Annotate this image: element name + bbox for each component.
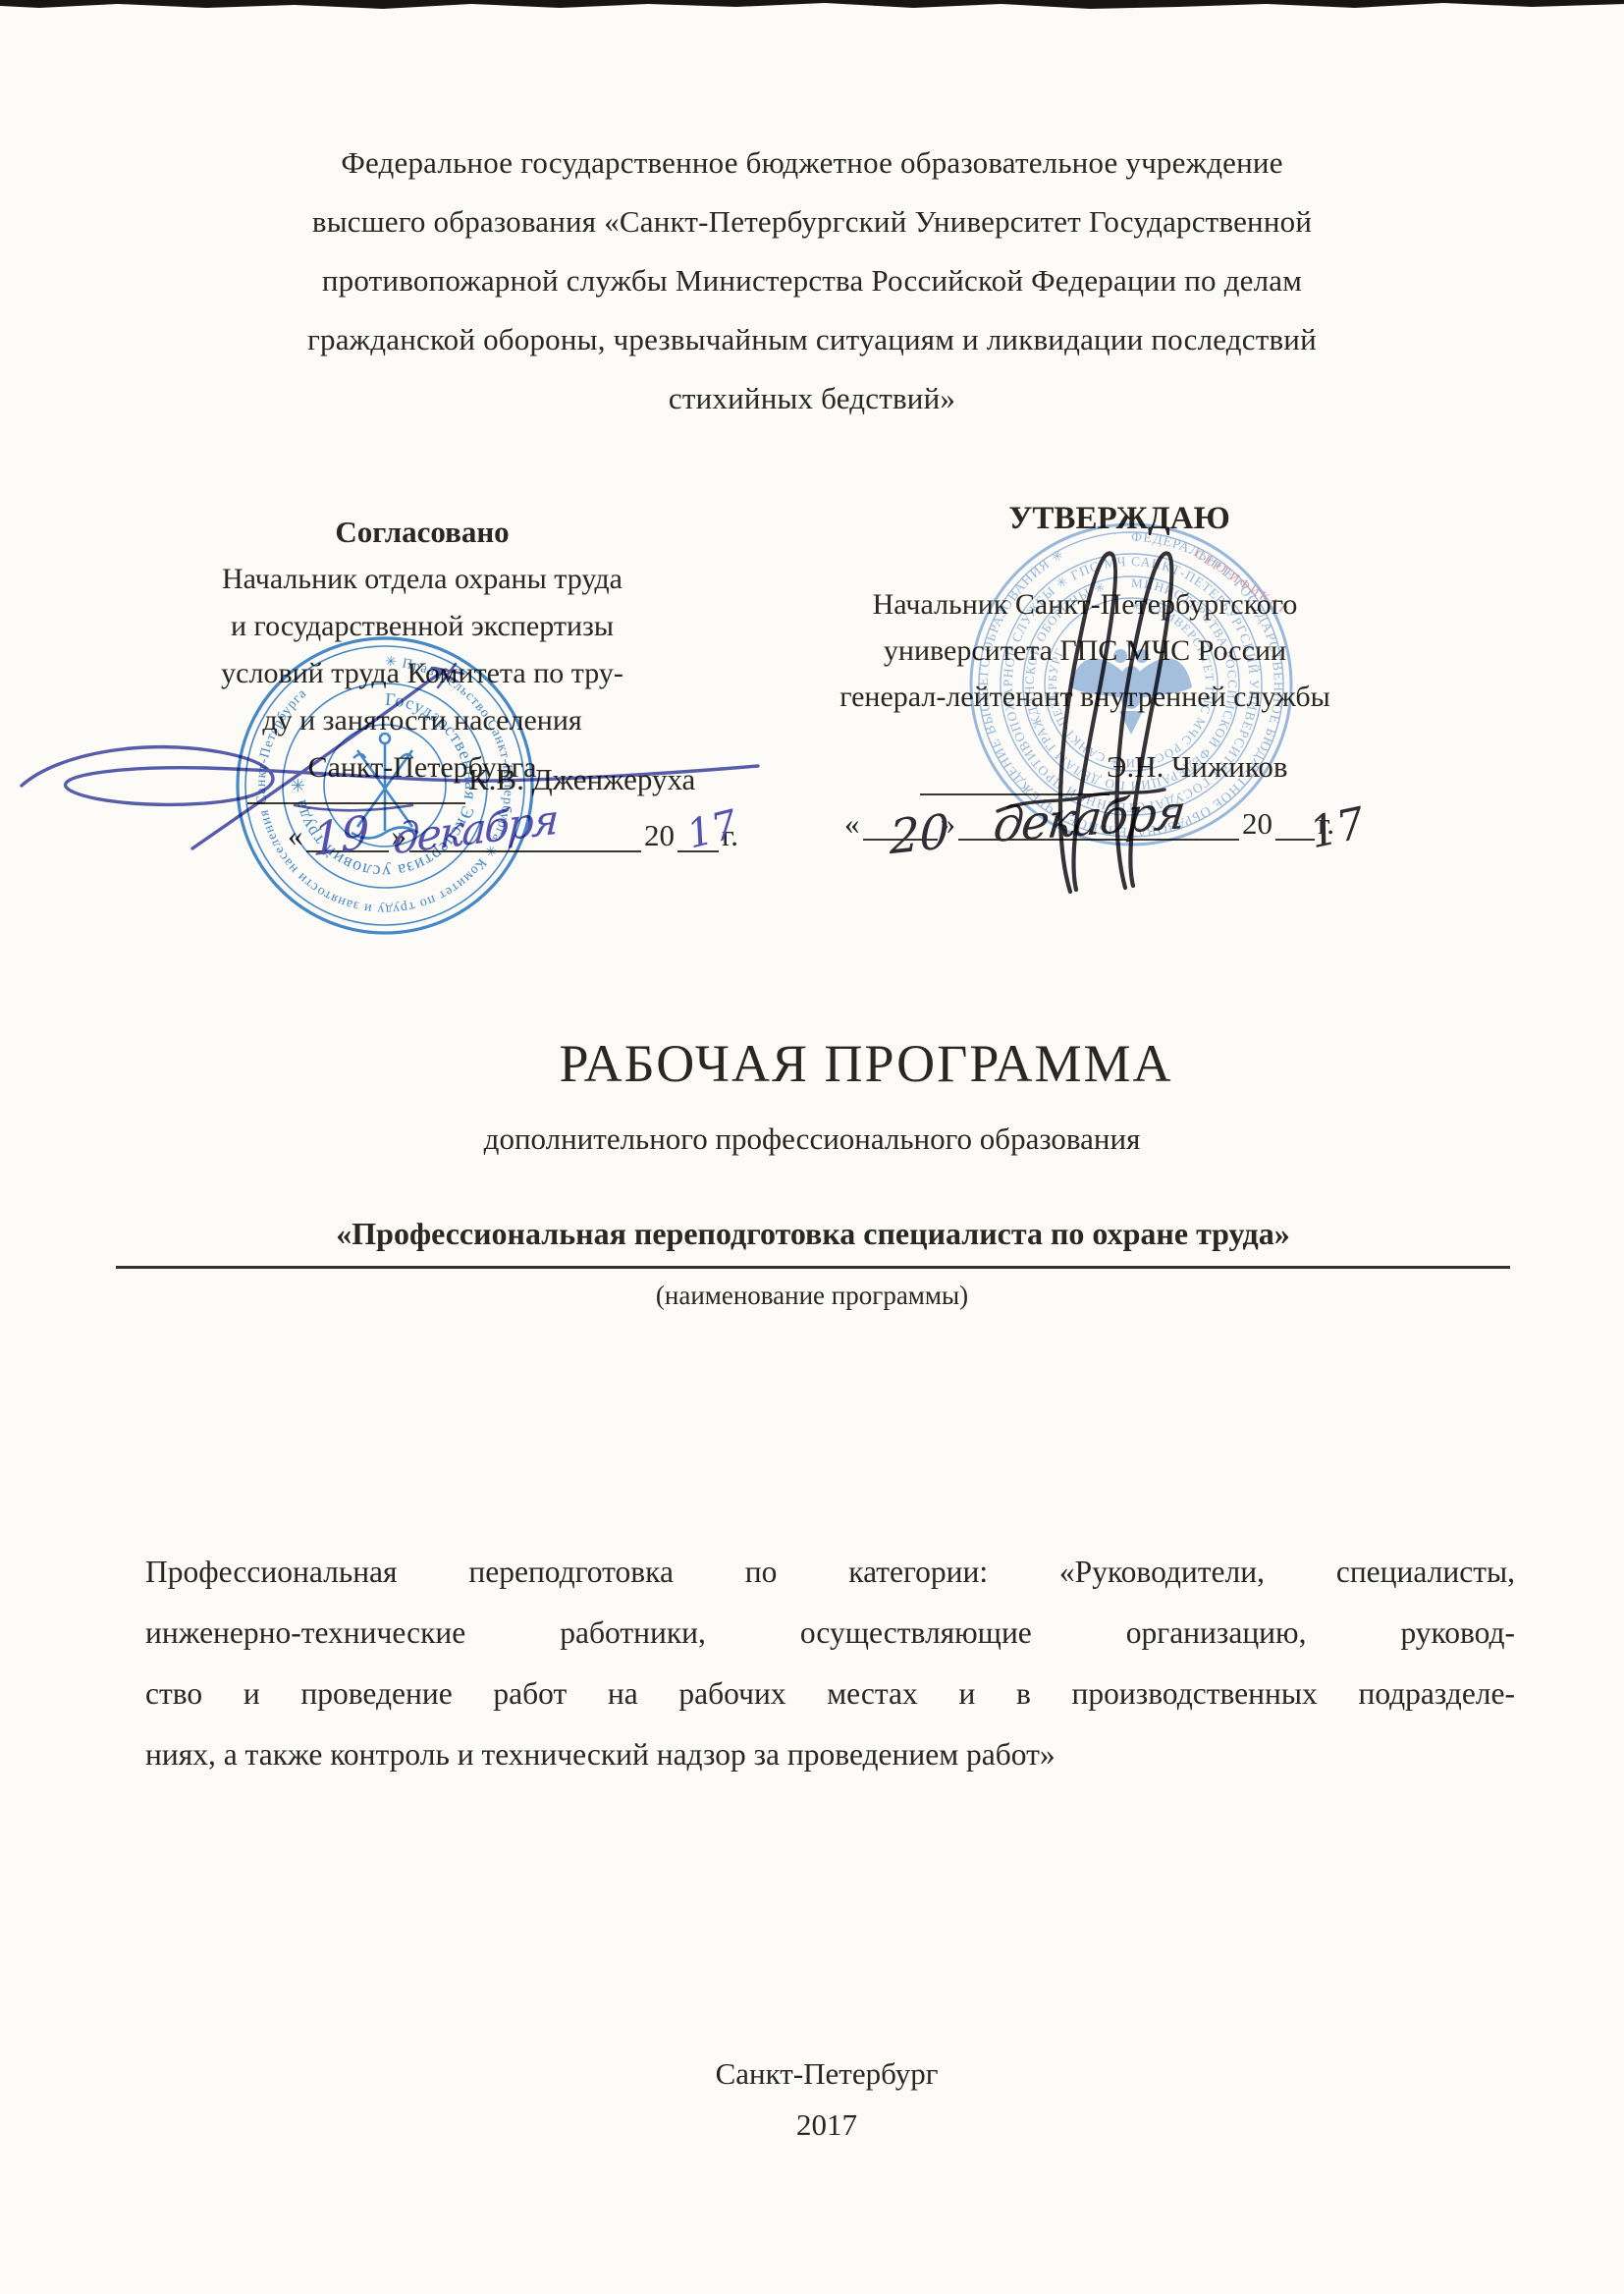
year-abbr: г. — [722, 818, 738, 852]
signature-stroke — [295, 805, 412, 810]
quote-open: « — [844, 806, 860, 841]
paragraph-line: ниях, а также контроль и технический над… — [145, 1724, 1515, 1785]
signer-name-right: Э.Н. Чижиков — [1107, 749, 1287, 785]
date-row-left: «»20г. — [288, 817, 738, 853]
agreement-line: и государственной экспертизы — [118, 603, 727, 650]
agreement-block: Согласовано Начальник отдела охраны труд… — [118, 509, 727, 792]
agreement-line: ду и занятости населения — [118, 697, 727, 744]
header-line: стихийных бедствий» — [0, 369, 1624, 428]
month-blank — [958, 805, 1239, 841]
approval-line: университета ГПС МЧС России — [830, 628, 1340, 674]
signature-line-left — [247, 802, 465, 804]
header-line: противопожарной службы Министерства Росс… — [0, 251, 1624, 310]
agreement-line: условий труда Комитета по тру- — [118, 650, 727, 697]
year-prefix: 20 — [1242, 806, 1272, 841]
footer-city: Санкт-Петербург — [15, 2048, 1624, 2100]
year-abbr: г. — [1318, 806, 1334, 841]
paragraph-line: инженерно-технические работники, осущест… — [145, 1603, 1515, 1664]
signature-line-right — [920, 793, 1110, 795]
scan-edge-artifact — [0, 0, 1624, 10]
approval-block: УТВЕРЖДАЮ Начальник Санкт-Петербургского… — [830, 496, 1340, 720]
header-line: Федеральное государственное бюджетное об… — [0, 134, 1624, 192]
day-blank — [306, 817, 389, 852]
agreement-heading: Согласовано — [118, 509, 727, 556]
approval-line: Начальник Санкт-Петербургского — [830, 581, 1340, 628]
footer: Санкт-Петербург 2017 — [15, 2048, 1624, 2151]
footer-year: 2017 — [15, 2100, 1624, 2151]
month-blank — [409, 817, 641, 852]
program-name: «Профессиональная переподготовка специал… — [116, 1216, 1510, 1269]
program-name-caption: (наименование программы) — [0, 1281, 1624, 1311]
header-line: гражданской обороны, чрезвычайным ситуац… — [0, 310, 1624, 369]
document-title: РАБОЧАЯ ПРОГРАММА — [54, 1033, 1624, 1094]
signer-name-left: К.В. Дженжеруха — [468, 762, 695, 797]
approval-line: генерал-лейтенант внутренней службы — [830, 674, 1340, 720]
year-blank — [677, 817, 719, 852]
year-blank — [1275, 805, 1315, 841]
document-subtitle: дополнительного профессионального образо… — [0, 1121, 1624, 1157]
paragraph-line: Профессиональная переподготовка по катег… — [145, 1542, 1515, 1603]
quote-close: » — [392, 818, 407, 852]
paragraph-line: ство и проведение работ на рабочих места… — [145, 1664, 1515, 1724]
approval-heading: УТВЕРЖДАЮ — [898, 496, 1340, 542]
quote-close: » — [941, 806, 956, 841]
organization-header: Федеральное государственное бюджетное об… — [0, 134, 1624, 428]
agreement-line: Начальник отдела охраны труда — [118, 556, 727, 603]
scanned-document-page: Федеральное государственное бюджетное об… — [0, 0, 1624, 2294]
day-blank — [863, 805, 938, 841]
year-prefix: 20 — [644, 818, 675, 852]
quote-open: « — [288, 818, 303, 852]
header-line: высшего образования «Санкт-Петербургский… — [0, 192, 1624, 251]
date-row-right: «»20г. — [844, 805, 1334, 842]
category-paragraph: Профессиональная переподготовка по катег… — [145, 1542, 1515, 1785]
